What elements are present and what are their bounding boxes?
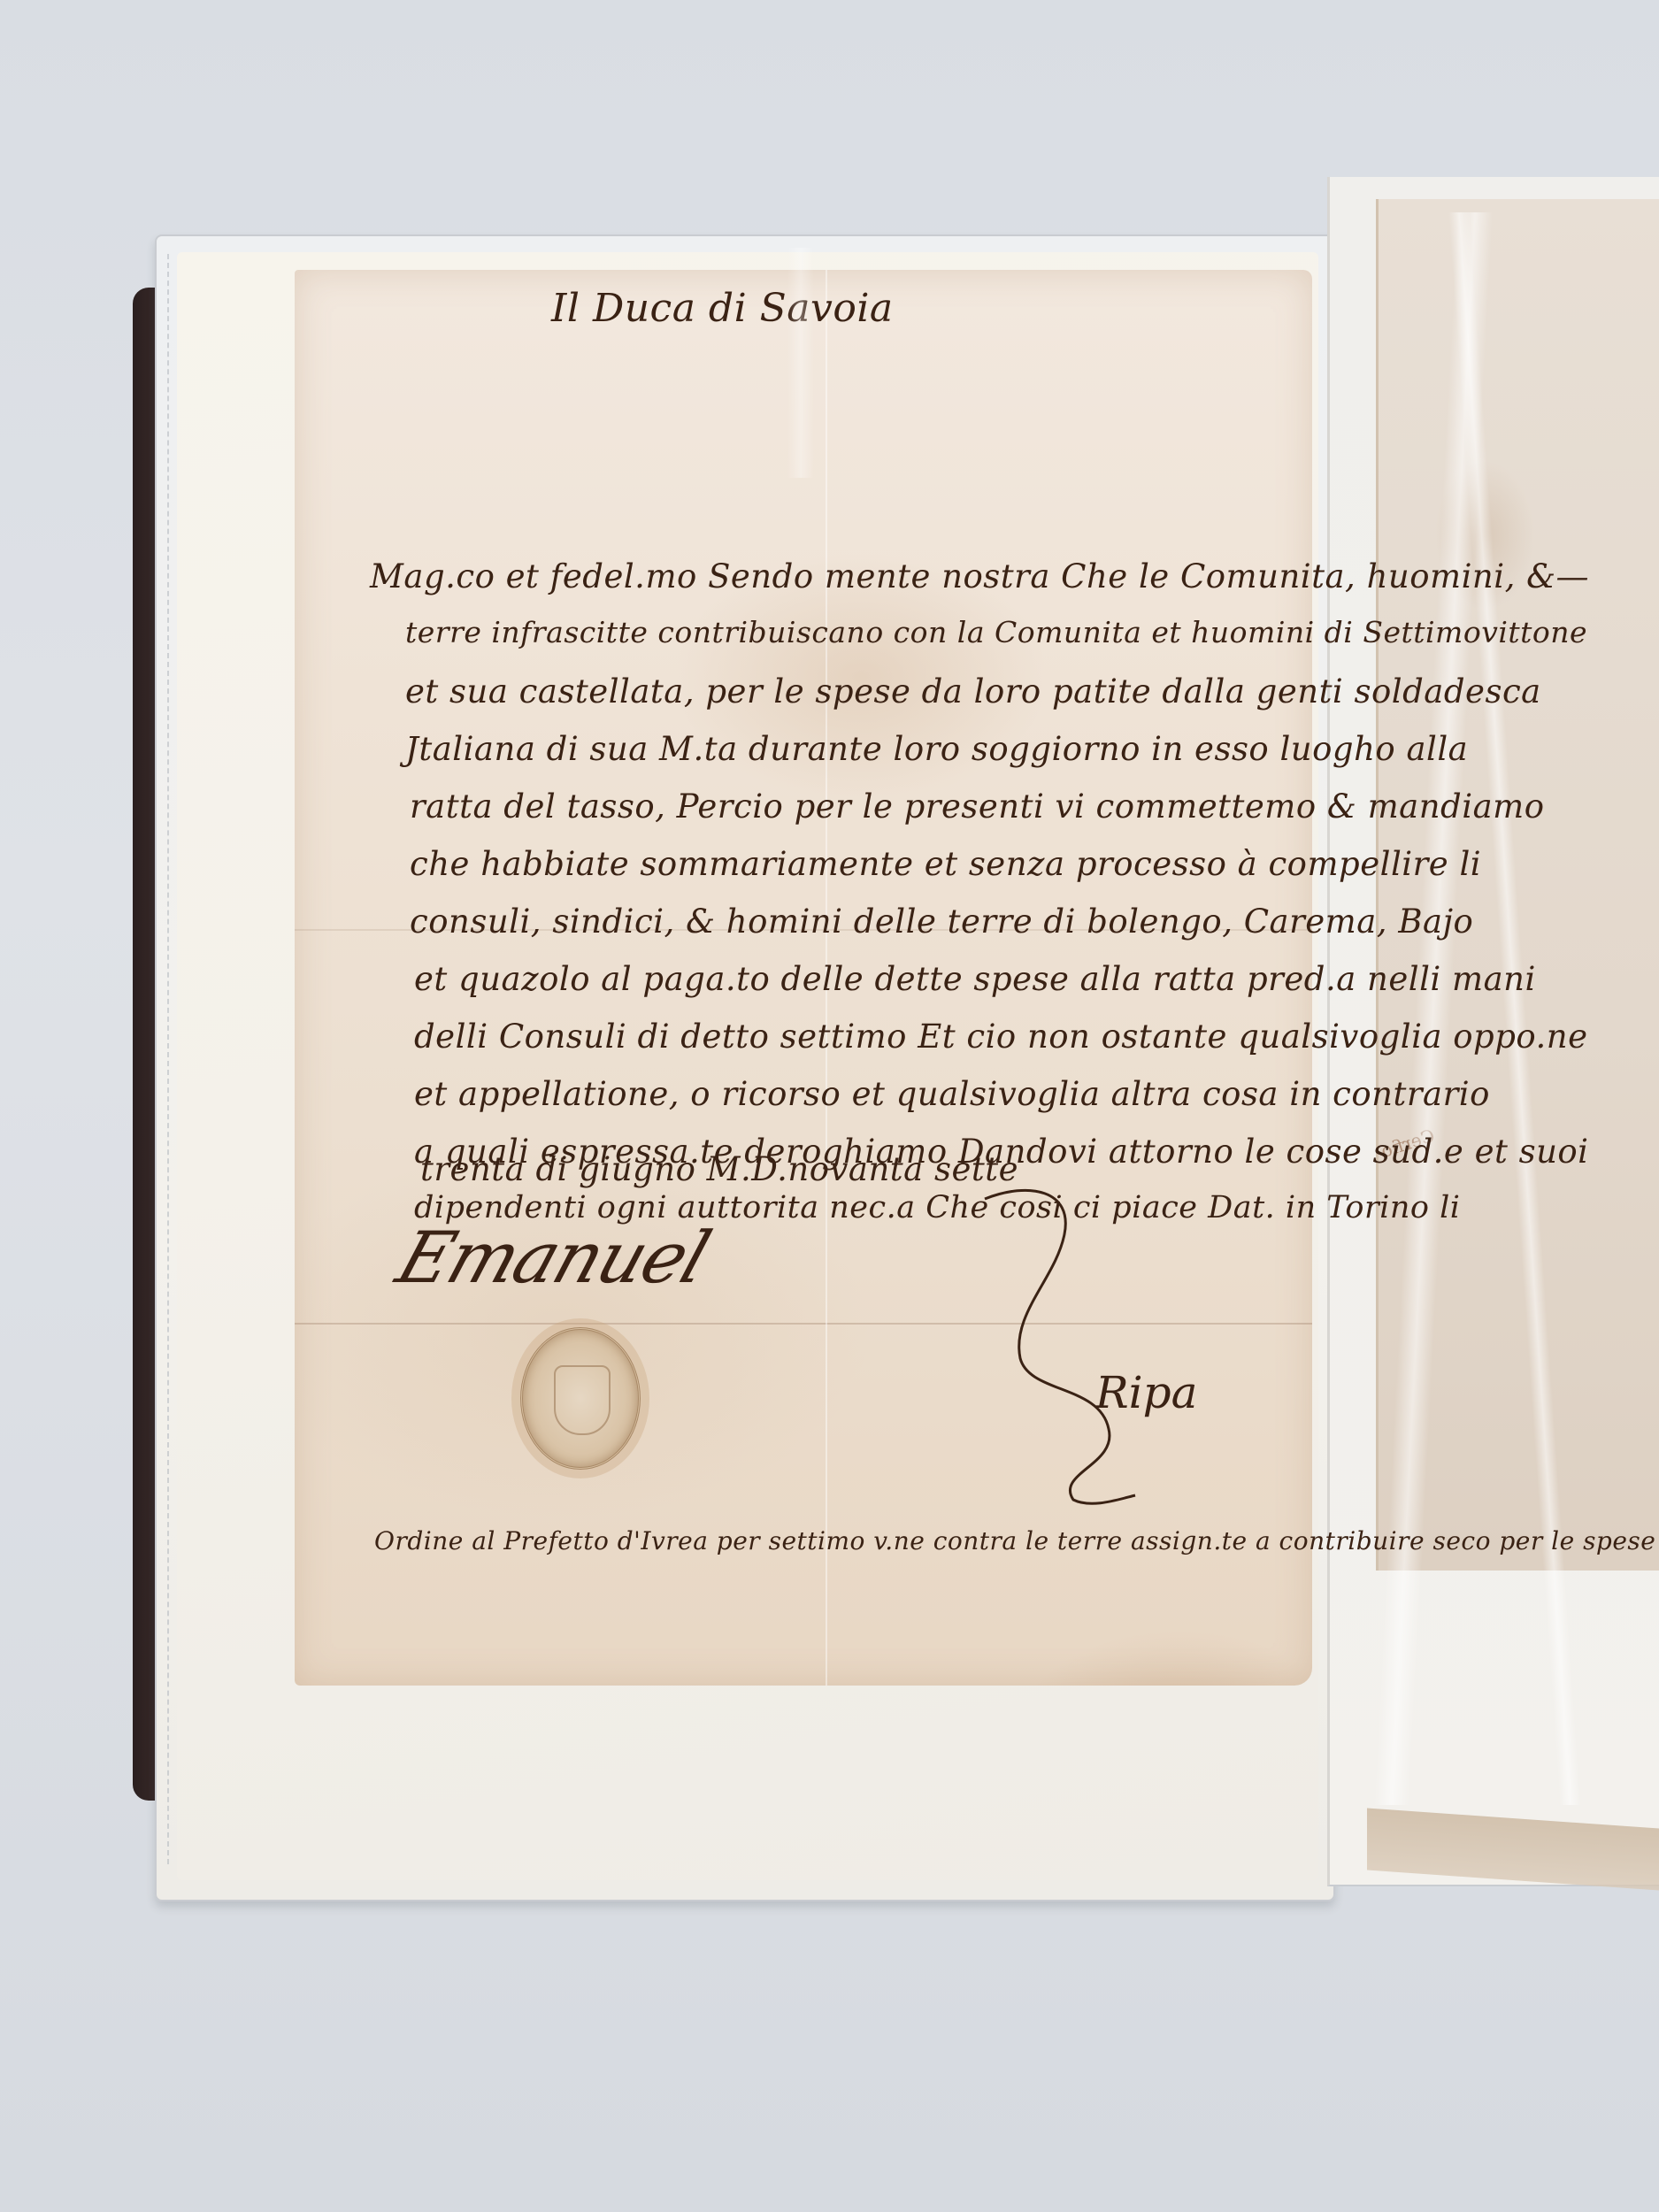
letter-line: consuli, sindici, & homini delle terre d… xyxy=(410,902,1473,941)
letter-line: terre infrascitte contribuiscano con la … xyxy=(405,615,1587,649)
letter-heading: Il Duca di Savoia xyxy=(551,286,894,331)
letter-line: delli Consuli di detto settimo Et cio no… xyxy=(414,1018,1588,1056)
duke-signature: Emanuel xyxy=(388,1217,718,1299)
letter-line: et appellatione, o ricorso et qualsivogl… xyxy=(414,1075,1490,1113)
letter-line: che habbiate sommariamente et senza proc… xyxy=(410,845,1481,883)
wax-seal xyxy=(520,1327,641,1470)
historical-letter: Il Duca di Savoia Mag.co et fedel.mo Sen… xyxy=(295,270,1312,1686)
letter-line: Mag.co et fedel.mo Sendo mente nostra Ch… xyxy=(370,557,1589,595)
letter-docket: Ordine al Prefetto d'Ivrea per settimo v… xyxy=(374,1526,1659,1555)
countersignature: Ripa xyxy=(1095,1367,1197,1418)
letter-line: et quazolo al paga.to delle dette spese … xyxy=(414,960,1536,998)
letter-line: et sua castellata, per le spese da loro … xyxy=(405,672,1541,710)
countersignature-flourish xyxy=(976,1181,1330,1509)
letter-line: Jtaliana di sua M.ta durante loro soggio… xyxy=(405,730,1468,768)
letter-date: trenta di giugno M.D.novanta sette xyxy=(420,1150,1018,1188)
coat-of-arms-icon xyxy=(554,1365,611,1435)
right-page-document xyxy=(1376,199,1659,1571)
letter-line: ratta del tasso, Percio per le presenti … xyxy=(410,787,1544,826)
